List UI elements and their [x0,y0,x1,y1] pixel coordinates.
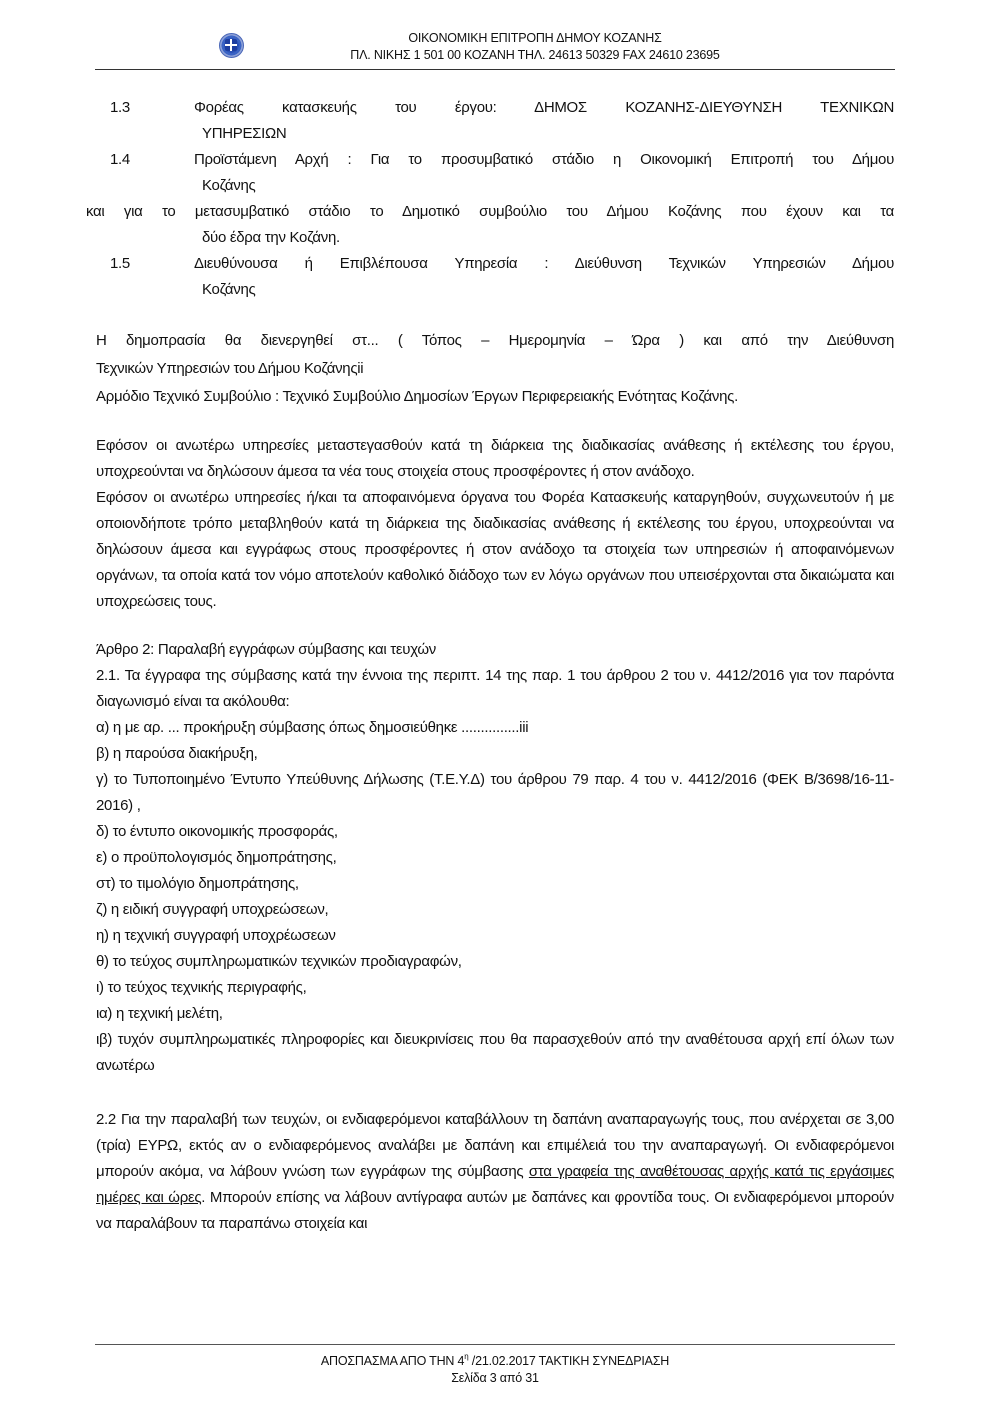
list-item: ιβ) τυχόν συμπληρωματικές πληροφορίες κα… [96,1027,894,1079]
list-item: ι) το τεύχος τεχνικής περιγραφής, [96,975,894,1001]
list-item: γ) το Τυποποιημένο Έντυπο Υπεύθυνης Δήλω… [96,767,894,819]
header-text: ΟΙΚΟΝΟΜΙΚΗ ΕΠΙΤΡΟΠΗ ΔΗΜΟΥ ΚΟΖΑΝΗΣ ΠΛ. ΝΙ… [255,30,815,64]
section-item-1-4: 1.4 Προϊστάμενη Αρχή : Για το προσυμβατι… [96,147,894,173]
header-organization: ΟΙΚΟΝΟΜΙΚΗ ΕΠΙΤΡΟΠΗ ΔΗΜΟΥ ΚΟΖΑΝΗΣ [255,30,815,47]
section-item-1-5: 1.5 Διευθύνουσα ή Επιβλέπουσα Υπηρεσία :… [96,251,894,277]
footer-session-suffix: /21.02.2017 ΤΑΚΤΙΚΗ ΣΥΝΕΔΡΙΑΣΗ [469,1354,670,1368]
page-number: Σελίδα 3 από 31 [95,1370,895,1387]
header-address: ΠΛ. ΝΙΚΗΣ 1 501 00 ΚΟΖΑΝΗ ΤΗΛ. 24613 503… [255,47,815,64]
abolition-paragraph: Εφόσον οι ανωτέρω υπηρεσίες ή/και τα απο… [96,485,894,615]
page-footer: ΑΠΟΣΠΑΣΜΑ ΑΠΟ ΤΗΝ 4η /21.02.2017 ΤΑΚΤΙΚΗ… [95,1344,895,1387]
list-item: θ) το τεύχος συμπληρωματικών τεχνικών πρ… [96,949,894,975]
page-header: ΟΙΚΟΝΟΜΙΚΗ ΕΠΙΤΡΟΠΗ ΔΗΜΟΥ ΚΟΖΑΝΗΣ ΠΛ. ΝΙ… [95,14,895,70]
list-item: ε) ο προϋπολογισμός δημοπράτησης, [96,845,894,871]
list-item: η) η τεχνική συγγραφή υποχρέωσεων [96,923,894,949]
technical-council-paragraph: Αρμόδιο Τεχνικό Συμβούλιο : Τεχνικό Συμβ… [96,383,894,411]
contract-documents-list: α) η με αρ. ... προκήρυξη σύμβασης όπως … [96,715,894,1079]
list-item: ζ) η ειδική συγγραφή υποχρεώσεων, [96,897,894,923]
item-continuation: ΥΠΗΡΕΣΙΩΝ [96,121,894,147]
item-number: 1.3 [96,95,194,121]
list-item: ια) η τεχνική μελέτη, [96,1001,894,1027]
paragraph-text: . Μπορούν επίσης να λάβουν αντίγραφα αυτ… [96,1189,894,1232]
item-text: Διευθύνουσα ή Επιβλέπουσα Υπηρεσία : Διε… [194,251,894,277]
auction-paragraph-line1: Η δημοπρασία θα διενεργηθεί στ... ( Τόπο… [96,327,894,355]
relocation-paragraph: Εφόσον οι ανωτέρω υπηρεσίες μεταστεγασθο… [96,433,894,485]
article-2-title: Άρθρο 2: Παραλαβή εγγράφων σύμβασης και … [96,637,894,663]
list-item: δ) το έντυπο οικονομικής προσφοράς, [96,819,894,845]
document-body: 1.3 Φορέας κατασκευής του έργου: ΔΗΜΟΣ Κ… [96,95,894,1237]
item-text: Προϊστάμενη Αρχή : Για το προσυμβατικό σ… [194,147,894,173]
article-2-2-paragraph: 2.2 Για την παραλαβή των τευχών, οι ενδι… [96,1107,894,1237]
article-2-1-intro: 2.1. Τα έγγραφα της σύμβασης κατά την έν… [96,663,894,715]
list-item: β) η παρούσα διακήρυξη, [96,741,894,767]
item-text: Φορέας κατασκευής του έργου: ΔΗΜΟΣ ΚΟΖΑΝ… [194,95,894,121]
item-text-post-contract: και για το μετασυμβατικό στάδιο το Δημοτ… [86,199,894,225]
auction-paragraph-line2: Τεχνικών Υπηρεσιών του Δήμου Κοζάνηςii [96,355,894,383]
item-continuation: δύο έδρα την Κοζάνη. [96,225,894,251]
list-item: στ) το τιμολόγιο δημοπράτησης, [96,871,894,897]
section-item-1-3: 1.3 Φορέας κατασκευής του έργου: ΔΗΜΟΣ Κ… [96,95,894,121]
item-number: 1.4 [96,147,194,173]
item-continuation: Κοζάνης [96,173,894,199]
footer-session: ΑΠΟΣΠΑΣΜΑ ΑΠΟ ΤΗΝ 4η /21.02.2017 ΤΑΚΤΙΚΗ… [95,1348,895,1370]
item-continuation: Κοζάνης [96,277,894,303]
list-item: α) η με αρ. ... προκήρυξη σύμβασης όπως … [96,715,894,741]
item-number: 1.5 [96,251,194,277]
footer-session-prefix: ΑΠΟΣΠΑΣΜΑ ΑΠΟ ΤΗΝ 4 [321,1354,464,1368]
greek-coat-of-arms-icon [219,33,244,58]
